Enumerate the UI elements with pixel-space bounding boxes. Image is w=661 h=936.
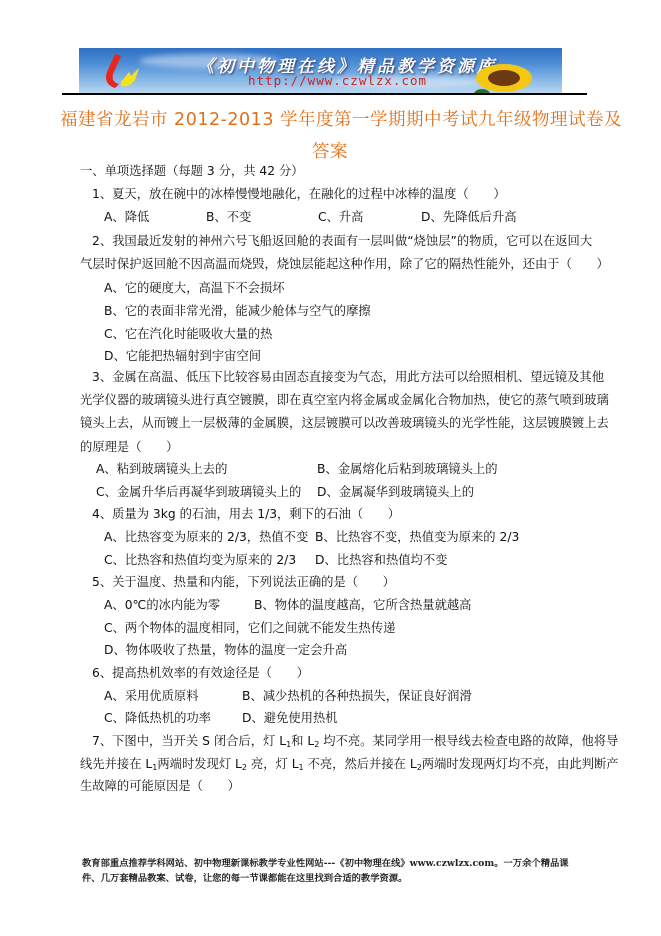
question-3-stem-line3: 镜头上去，从而镀上一层极薄的金属膜，这层镀膜可以改善玻璃镜头的光学性能，这层镀膜… [80,416,609,430]
question-4-stem: 4、质量为 3kg 的石油，用去 1/3，剩下的石油（ ） [92,507,400,521]
question-3-stem-line2: 光学仪器的玻璃镜头进行真空镀膜，即在真空室内将金属或金属化合物加热，使它的蒸气喷… [80,393,609,407]
q1-option-b: B、不变 [206,210,251,224]
question-2-stem-line2: 气层时保护返回舱不因高温而烧毁，烧蚀层能起这种作用，除了它的隔热性能外，还由于（… [80,257,609,271]
q2-option-d: D、它能把热辐射到宇宙空间 [104,349,261,363]
q3-option-c: C、金属升华后再凝华到玻璃镜头上的 [96,485,301,499]
sunflower-icon [474,54,534,93]
q3-option-d: D、金属凝华到玻璃镜头上的 [317,485,474,499]
question-1-stem: 1、夏天，放在碗中的冰棒慢慢地融化，在融化的过程中冰棒的温度（ ） [92,187,506,201]
question-5-stem: 5、关于温度、热量和内能，下列说法正确的是（ ） [92,575,395,589]
footer-line1: 教育部重点推荐学科网站、初中物理新课标教学专业性网站---《初中物理在线》www… [82,855,569,869]
question-3-stem-line4: 的原理是（ ） [80,440,178,454]
q1-option-c: C、升高 [318,210,363,224]
q6-option-d: D、避免使用热机 [242,711,338,725]
question-6-stem: 6、提高热机效率的有效途径是（ ） [92,666,309,680]
q2-option-c: C、它在汽化时能吸收大量的热 [104,327,272,341]
site-banner: 《初中物理在线》精品教学资源库 http://www.czwlzx.com [79,48,562,93]
q4-option-a: A、比热容变为原来的 2/3，热值不变 [104,530,308,544]
q6-option-c: C、降低热机的功率 [104,711,211,725]
banner-url[interactable]: http://www.czwlzx.com [248,73,427,88]
q6-option-b: B、减少热机的各种热损失，保证良好润滑 [242,689,472,703]
question-7-stem-line1: 7、下图中，当开关 S 闭合后，灯 L1和 L2 均不亮。某同学用一根导线去检查… [92,734,618,752]
site-logo-icon [101,52,141,90]
document-title-line2: 答案 [60,138,600,163]
q3-option-a: A、粘到玻璃镜头上去的 [96,462,227,476]
q2-option-a: A、它的硬度大，高温下不会损坏 [104,281,285,295]
question-7-stem-line2: 线先并接在 L1两端时发现灯 L2 亮，灯 L1 不亮，然后并接在 L2两端时发… [80,757,619,775]
q4-option-b: B、比热容不变，热值变为原来的 2/3 [315,530,519,544]
question-3-stem-line1: 3、金属在高温、低压下比较容易由固态直接变为气态，用此方法可以给照相机、望远镜及… [92,370,604,384]
q3-option-b: B、金属熔化后粘到玻璃镜头上的 [317,462,498,476]
question-2-stem-line1: 2、我国最近发射的神州六号飞船返回舱的表面有一层叫做“烧蚀层”的物质，它可以在返… [92,234,592,248]
q5-option-d: D、物体吸收了热量，物体的温度一定会升高 [104,643,347,657]
question-7-stem-line3: 生故障的可能原因是（ ） [80,779,240,793]
q4-option-d: D、比热容和热值均不变 [315,553,447,567]
q2-option-b: B、它的表面非常光滑，能减少舱体与空气的摩擦 [104,304,371,318]
footer-line2: 件、几万套精品教案、试卷，让您的每一节课都能在这里找到合适的教学资源。 [82,870,407,884]
q1-option-a: A、降低 [104,210,149,224]
q4-option-c: C、比热容和热值均变为原来的 2/3 [104,553,296,567]
q5-option-a: A、0℃的冰内能为零 [104,598,220,612]
q6-option-a: A、采用优质原料 [104,689,199,703]
header-rule [62,93,587,95]
section-heading: 一、单项选择题（每题 3 分，共 42 分） [80,164,304,178]
q1-option-d: D、先降低后升高 [421,210,517,224]
q5-option-b: B、物体的温度越高，它所含热量就越高 [254,598,471,612]
document-title-line1: 福建省龙岩市 2012-2013 学年度第一学期期中考试九年级物理试卷及 [60,106,600,131]
q5-option-c: C、两个物体的温度相同，它们之间就不能发生热传递 [104,621,395,635]
